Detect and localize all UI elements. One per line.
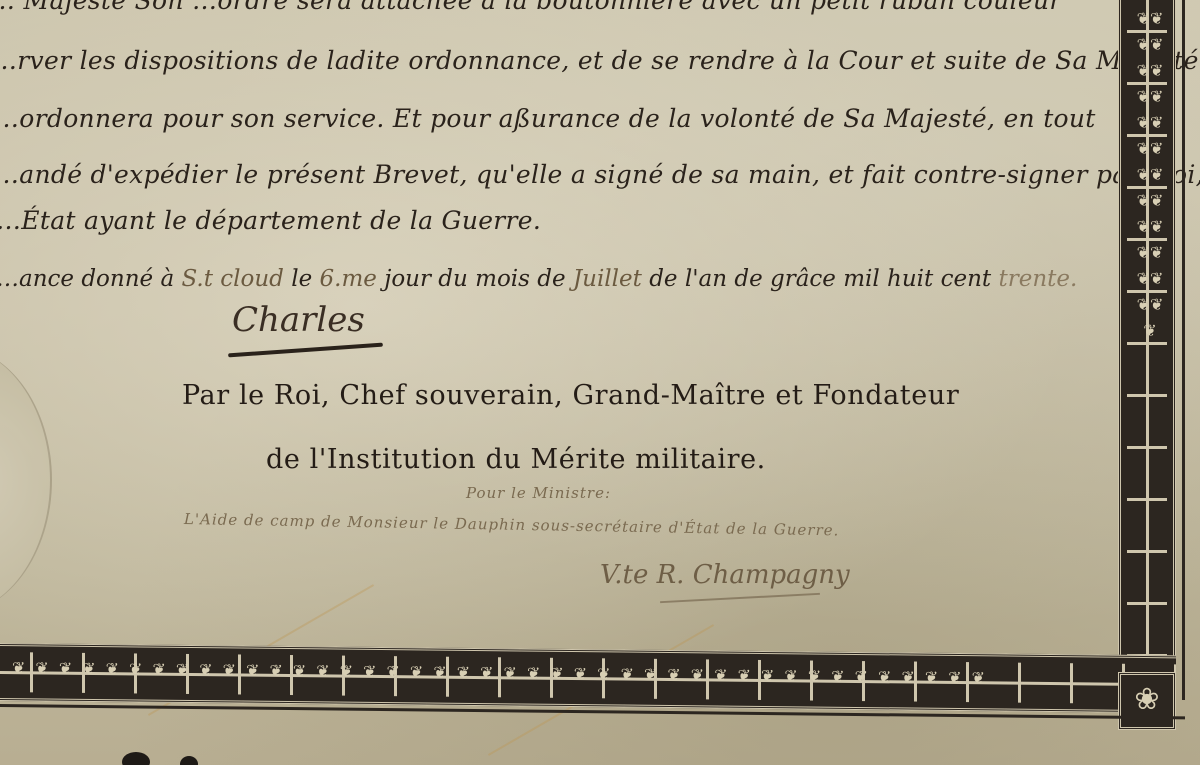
date-year-text: de l'an de grâce mil huit cent <box>649 266 991 292</box>
ink-mark <box>180 756 198 765</box>
border-right: ❦❦❦❦❦❦❦❦❦❦❦❦❦❦❦❦❦❦❦❦❦❦❦❦❦ <box>1118 0 1176 672</box>
date-line: …ance donné à S.t cloud le 6.me jour du … <box>0 266 1077 292</box>
body-line-1: … Majesté Son …ordre sera attachée à la … <box>0 0 1062 15</box>
body-line-3: …ordonnera pour son service. Et pour aßu… <box>0 104 1096 133</box>
pour-le-ministre: Pour le Ministre: <box>466 484 611 502</box>
date-day: 6.me <box>320 266 377 292</box>
date-jour-du-mois: jour du mois de <box>384 266 565 292</box>
title-line-1: Par le Roi, Chef souverain, Grand-Maître… <box>182 380 959 411</box>
border-outer-line <box>1182 0 1185 700</box>
body-line-4: …andé d'expédier le présent Brevet, qu'e… <box>0 160 1200 189</box>
date-place: S.t cloud <box>181 266 283 292</box>
leaf-ornaments: ❦❦❦❦❦❦❦❦❦❦❦❦❦❦❦❦❦❦❦❦❦❦❦❦❦ <box>1135 6 1165 344</box>
countersign-signature: V.te R. Champagny <box>600 560 850 590</box>
corner-rosette: ❀ <box>1118 672 1176 730</box>
ink-mark <box>122 752 150 765</box>
title-line-2: de l'Institution du Mérite militaire. <box>266 444 766 475</box>
body-line-5: …État ayant le département de la Guerre. <box>0 206 541 235</box>
date-year-filled: trente. <box>998 266 1077 292</box>
border-bottom: ❦❦❦❦❦❦❦❦❦❦❦❦❦❦❦❦❦❦❦❦❦❦❦❦❦❦❦❦❦❦❦❦❦❦❦❦❦❦❦❦… <box>0 643 1176 713</box>
date-prefix: …ance donné à <box>0 266 174 292</box>
royal-signature: Charles <box>232 300 365 340</box>
date-le: le <box>291 266 312 292</box>
body-line-2: …rver les dispositions de ladite ordonna… <box>0 46 1199 75</box>
date-month: Juillet <box>573 266 642 292</box>
